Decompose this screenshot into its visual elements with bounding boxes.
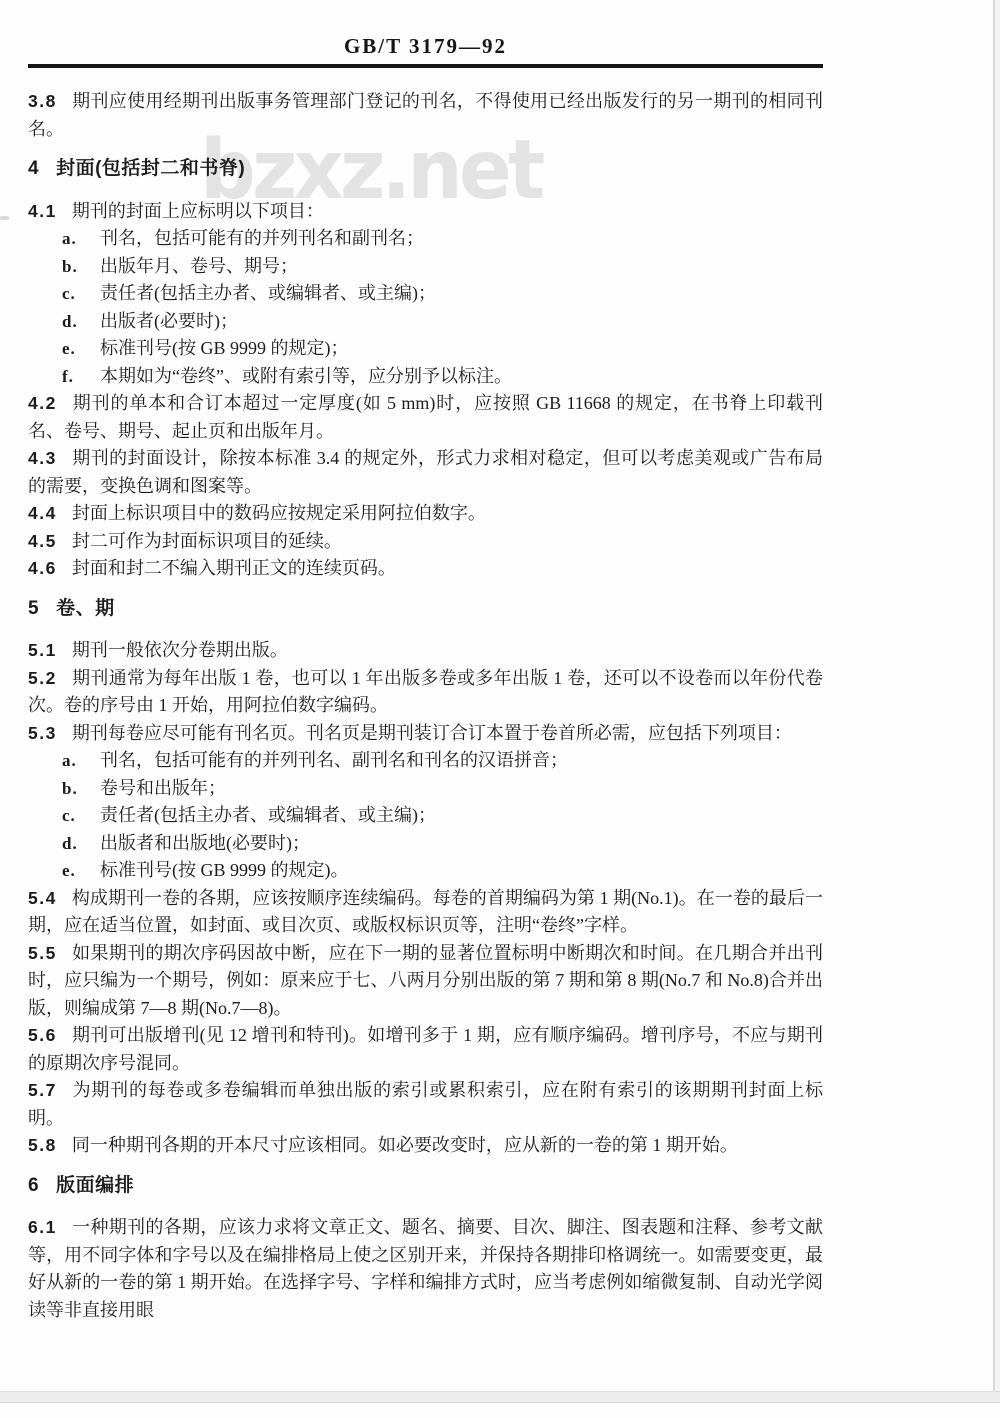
clause-paragraph: 5.2期刊通常为每年出版 1 卷，也可以 1 年出版多卷或多年出版 1 卷，还可… (28, 665, 823, 720)
list-item: c.责任者(包括主办者、或编辑者、或主编)； (28, 802, 823, 830)
scan-strip-right (995, 0, 1000, 1392)
clause-paragraph: 5.4构成期刊一卷的各期，应该按顺序连续编码。每卷的首期编码为第 1 期(No.… (28, 885, 823, 940)
clause-paragraph: 3.8期刊应使用经期刊出版事务管理部门登记的刊名，不得使用已经出版发行的另一期刊… (28, 88, 823, 143)
list-item: e.标准刊号(按 GB 9999 的规定)。 (28, 857, 823, 885)
clause-text: 构成期刊一卷的各期，应该按顺序连续编码。每卷的首期编码为第 1 期(No.1)。… (28, 888, 823, 936)
clause-text: 如果期刊的期次序码因故中断，应在下一期的显著位置标明中断期次和时间。在几期合并出… (28, 943, 823, 1018)
list-item: f.本期如为“卷终”、或附有索引等，应分别予以标注。 (28, 363, 823, 391)
heading-text: 卷、期 (56, 598, 115, 619)
clause-text: 期刊可出版增刊(见 12 增刊和特刊)。如增刊多于 1 期，应有顺序编码。增刊序… (28, 1025, 823, 1073)
heading-number: 4 (28, 158, 39, 179)
clause-text: 同一种期刊各期的开本尺寸应该相同。如必要改变时，应从新的一卷的第 1 期开始。 (72, 1135, 738, 1155)
item-text: 责任者(包括主办者、或编辑者、或主编)； (100, 283, 436, 303)
clause-text: 期刊的单本和合订本超过一定厚度(如 5 mm)时，应按照 GB 11668 的规… (28, 393, 823, 441)
clause-number: 5.5 (28, 943, 57, 963)
header-rule (28, 64, 823, 68)
item-letter: e. (62, 857, 100, 885)
item-text: 责任者(包括主办者、或编辑者、或主编)； (100, 805, 436, 825)
item-letter: a. (62, 225, 100, 253)
clause-number: 4.1 (28, 201, 57, 221)
clause-number: 4.3 (28, 448, 57, 468)
clause-text: 封二可作为封面标识项目的延续。 (72, 531, 342, 551)
clause-text: 期刊每卷应尽可能有刊名页。刊名页是期刊装订合订本置于卷首所必需，应包括下列项目： (72, 723, 792, 743)
clause-paragraph: 5.1期刊一般依次分卷期出版。 (28, 637, 823, 665)
section-heading: 6版面编排 (28, 1172, 823, 1200)
scanned-page: bzxz.net GB/T 3179—92 3.8期刊应使用经期刊出版事务管理部… (0, 0, 1000, 1418)
item-letter: b. (62, 253, 100, 281)
item-letter: f. (62, 363, 100, 391)
clause-paragraph: 5.8同一种期刊各期的开本尺寸应该相同。如必要改变时，应从新的一卷的第 1 期开… (28, 1132, 823, 1160)
clause-paragraph: 4.4封面上标识项目中的数码应按规定采用阿拉伯数字。 (28, 500, 823, 528)
clause-text: 为期刊的每卷或多卷编辑而单独出版的索引或累积索引，应在附有索引的该期期刊封面上标… (28, 1080, 823, 1128)
scan-speck (0, 216, 9, 220)
clause-number: 3.8 (28, 91, 57, 111)
item-text: 出版年月、卷号、期号； (100, 256, 298, 276)
clause-paragraph: 4.1期刊的封面上应标明以下项目： (28, 198, 823, 226)
document: GB/T 3179—92 3.8期刊应使用经期刊出版事务管理部门登记的刊名，不得… (0, 0, 1000, 1324)
item-letter: d. (62, 830, 100, 858)
clause-text: 封面和封二不编入期刊正文的连续页码。 (72, 558, 396, 578)
list-item: d.出版者(必要时)； (28, 308, 823, 336)
heading-text: 版面编排 (56, 1175, 134, 1196)
clause-number: 6.1 (28, 1217, 57, 1237)
list-item: c.责任者(包括主办者、或编辑者、或主编)； (28, 280, 823, 308)
list-item: b.出版年月、卷号、期号； (28, 253, 823, 281)
scan-band-bottom (0, 1391, 1000, 1403)
item-text: 刊名，包括可能有的并列刊名和副刊名； (100, 228, 424, 248)
list-item: a.刊名，包括可能有的并列刊名、副刊名和刊名的汉语拼音； (28, 747, 823, 775)
section-heading: 5卷、期 (28, 595, 823, 623)
clause-paragraph: 5.3期刊每卷应尽可能有刊名页。刊名页是期刊装订合订本置于卷首所必需，应包括下列… (28, 720, 823, 748)
clause-number: 5.2 (28, 668, 57, 688)
list-item: e.标准刊号(按 GB 9999 的规定)； (28, 335, 823, 363)
item-letter: d. (62, 308, 100, 336)
item-text: 刊名，包括可能有的并列刊名、副刊名和刊名的汉语拼音； (100, 750, 568, 770)
clause-text: 期刊应使用经期刊出版事务管理部门登记的刊名，不得使用已经出版发行的另一期刊的相同… (28, 91, 823, 139)
list-item: d.出版者和出版地(必要时)； (28, 830, 823, 858)
list-item: a.刊名，包括可能有的并列刊名和副刊名； (28, 225, 823, 253)
item-text: 出版者和出版地(必要时)； (100, 833, 310, 853)
clause-text: 期刊的封面上应标明以下项目： (72, 201, 324, 221)
item-letter: b. (62, 775, 100, 803)
section-heading: 4封面(包括封二和书脊) (28, 155, 823, 183)
standard-number-header: GB/T 3179—92 (28, 34, 823, 59)
list-item: b.卷号和出版年； (28, 775, 823, 803)
item-text: 卷号和出版年； (100, 778, 226, 798)
clause-number: 5.8 (28, 1135, 57, 1155)
clause-paragraph: 5.7为期刊的每卷或多卷编辑而单独出版的索引或累积索引，应在附有索引的该期期刊封… (28, 1077, 823, 1132)
clause-number: 5.1 (28, 640, 57, 660)
clause-text: 期刊一般依次分卷期出版。 (72, 640, 288, 660)
clause-paragraph: 4.3期刊的封面设计，除按本标准 3.4 的规定外，形式力求相对稳定，但可以考虑… (28, 445, 823, 500)
clause-number: 5.6 (28, 1025, 57, 1045)
clause-paragraph: 6.1一种期刊的各期，应该力求将文章正文、题名、摘要、目次、脚注、图表题和注释、… (28, 1214, 823, 1324)
item-letter: a. (62, 747, 100, 775)
scan-edge-right (993, 0, 995, 1392)
clause-text: 期刊通常为每年出版 1 卷，也可以 1 年出版多卷或多年出版 1 卷，还可以不设… (28, 668, 823, 716)
clause-text: 一种期刊的各期，应该力求将文章正文、题名、摘要、目次、脚注、图表题和注释、参考文… (28, 1217, 823, 1320)
heading-number: 5 (28, 598, 39, 619)
item-text: 标准刊号(按 GB 9999 的规定)。 (100, 860, 349, 880)
item-letter: e. (62, 335, 100, 363)
clause-number: 4.2 (28, 393, 57, 413)
clause-number: 5.4 (28, 888, 57, 908)
document-body: 3.8期刊应使用经期刊出版事务管理部门登记的刊名，不得使用已经出版发行的另一期刊… (28, 88, 823, 1324)
clause-paragraph: 4.2期刊的单本和合订本超过一定厚度(如 5 mm)时，应按照 GB 11668… (28, 390, 823, 445)
item-text: 标准刊号(按 GB 9999 的规定)； (100, 338, 349, 358)
item-letter: c. (62, 280, 100, 308)
item-text: 出版者(必要时)； (100, 311, 238, 331)
item-letter: c. (62, 802, 100, 830)
clause-number: 5.7 (28, 1080, 57, 1100)
item-text: 本期如为“卷终”、或附有索引等，应分别予以标注。 (100, 366, 512, 386)
clause-paragraph: 4.5封二可作为封面标识项目的延续。 (28, 528, 823, 556)
clause-text: 封面上标识项目中的数码应按规定采用阿拉伯数字。 (72, 503, 486, 523)
clause-number: 4.6 (28, 558, 57, 578)
clause-text: 期刊的封面设计，除按本标准 3.4 的规定外，形式力求相对稳定，但可以考虑美观或… (28, 448, 823, 496)
clause-paragraph: 5.5如果期刊的期次序码因故中断，应在下一期的显著位置标明中断期次和时间。在几期… (28, 940, 823, 1023)
clause-number: 4.4 (28, 503, 57, 523)
heading-number: 6 (28, 1175, 39, 1196)
clause-paragraph: 5.6期刊可出版增刊(见 12 增刊和特刊)。如增刊多于 1 期，应有顺序编码。… (28, 1022, 823, 1077)
heading-text: 封面(包括封二和书脊) (56, 158, 245, 179)
clause-paragraph: 4.6封面和封二不编入期刊正文的连续页码。 (28, 555, 823, 583)
clause-number: 4.5 (28, 531, 57, 551)
clause-number: 5.3 (28, 723, 57, 743)
